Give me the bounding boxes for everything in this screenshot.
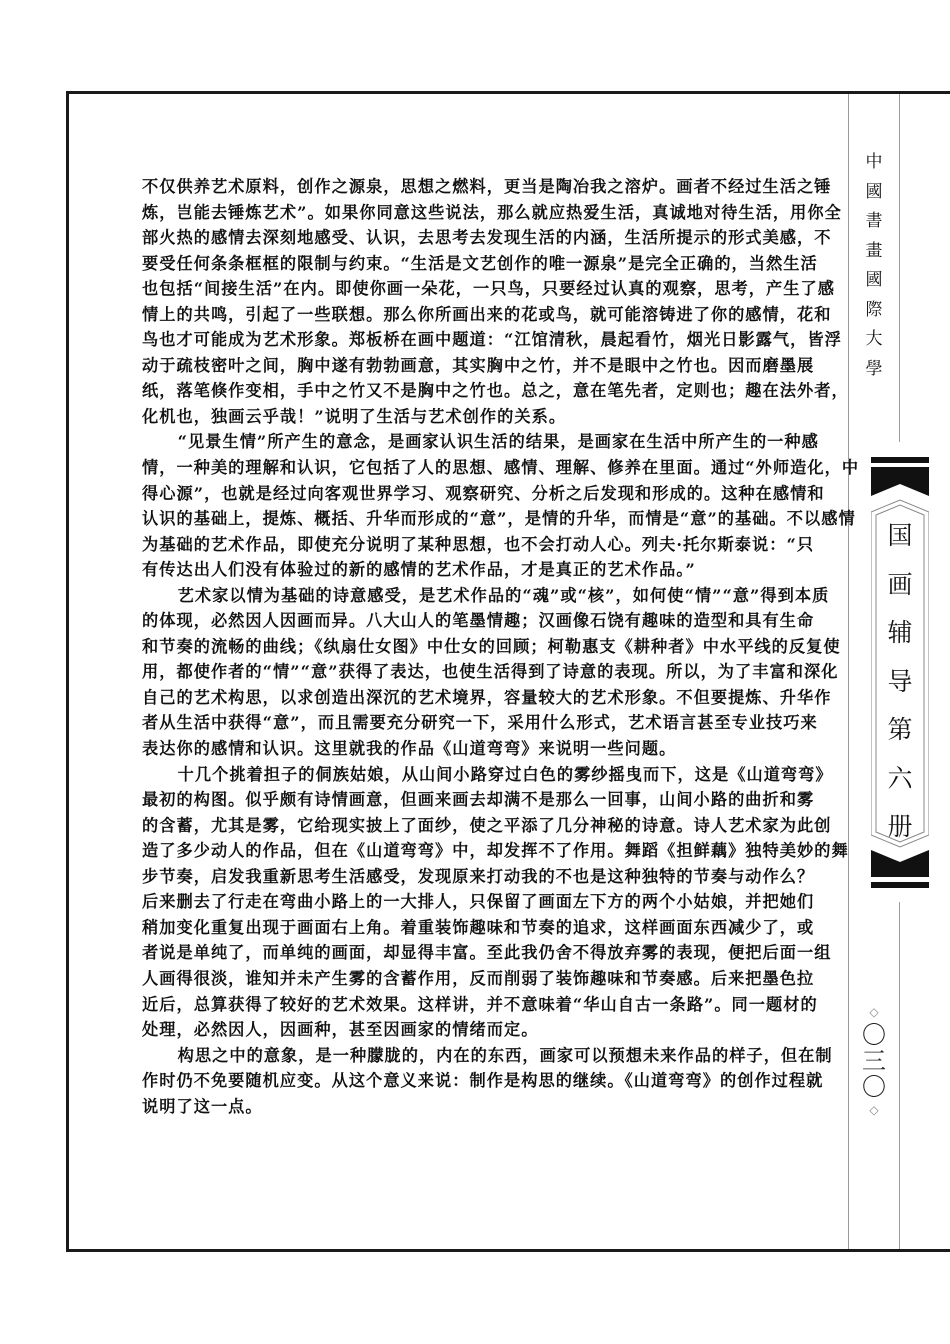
- paragraph-1: 不仅供养艺术原料，创作之源泉，思想之燃料，更当是陶冶我之溶炉。画者不经过生活之锤…: [142, 174, 782, 429]
- page-number: ◇ 〇 三 〇 ◇: [860, 1002, 888, 1120]
- text-line: 部火热的感情去深刻地感受、认识，去思考去发现生活的内涵，生活所提示的形式美感，不: [142, 225, 782, 251]
- text-line: 近后，总算获得了较好的艺术效果。这样讲，并不意味着“华山自古一条路”。同一题材的: [142, 992, 782, 1018]
- text-line: 人画得很淡，谁知并未产生雾的含蓄作用，反而削弱了装饰趣味和节奏感。后来把墨色拉: [142, 966, 782, 992]
- book-title-char: 导: [871, 658, 929, 707]
- text-line: 得心源”，也就是经过向客观世界学习、观察研究、分析之后发现和形成的。这种在感情和: [142, 481, 782, 507]
- article-body: 不仅供养艺术原料，创作之源泉，思想之燃料，更当是陶冶我之溶炉。画者不经过生活之锤…: [142, 174, 782, 1119]
- text-line: 处理，必然因人，因画种，甚至因画家的情绪而定。: [142, 1017, 782, 1043]
- page-frame-left-border: [66, 91, 69, 1252]
- text-line: 者说是单纯了，而单纯的画面，却显得丰富。至此我仍舍不得放弃雾的表现，便把后面一组: [142, 940, 782, 966]
- text-line: 稍加变化重复出现于画面右上角。着重装饰趣味和节奏的追求，这样画面东西减少了，或: [142, 915, 782, 941]
- diamond-ornament-icon: ◇: [860, 1002, 888, 1022]
- series-title-char: 國: [862, 178, 886, 208]
- book-title-char: 第: [871, 706, 929, 755]
- text-line: 构思之中的意象，是一种朦胧的，内在的东西，画家可以预想未来作品的样子，但在制: [142, 1043, 782, 1069]
- page-number-digit: 〇: [860, 1074, 888, 1100]
- sidebar-inner-line-bottom: [899, 902, 900, 1249]
- series-title-char: 畫: [862, 237, 886, 267]
- text-line: 自己的艺术构思，以求创造出深沉的艺术境界，容量较大的艺术形象。不但要提炼、升华作: [142, 685, 782, 711]
- paragraph-4: 十几个挑着担子的侗族姑娘，从山间小路穿过白色的雾纱摇曳而下，这是《山道弯弯》 最…: [142, 762, 782, 1043]
- text-line: 用，都使作者的“情”“意”获得了表达，也使生活得到了诗意的表现。所以，为了丰富和…: [142, 659, 782, 685]
- book-title-char: 六: [871, 755, 929, 804]
- text-line: 艺术家以情为基础的诗意感受，是艺术作品的“魂”或“核”，如何使“情”“意”得到本…: [142, 583, 782, 609]
- text-line: 要受任何条条框框的限制与约束。“生活是文艺创作的唯一源泉”是完全正确的，当然生活: [142, 251, 782, 277]
- text-line: 表达你的感情和认识。这里就我的作品《山道弯弯》来说明一些问题。: [142, 736, 782, 762]
- text-line: 作时仍不免要随机应变。从这个意义来说：制作是构思的继续。《山道弯弯》的创作过程就: [142, 1068, 782, 1094]
- series-title-vertical: 中 國 書 畫 國 際 大 學: [862, 148, 886, 384]
- paragraph-5: 构思之中的意象，是一种朦胧的，内在的东西，画家可以预想未来作品的样子，但在制 作…: [142, 1043, 782, 1120]
- page-frame-top-border: [66, 91, 950, 94]
- page-frame-bottom-border: [66, 1249, 950, 1252]
- text-line: “见景生情”所产生的意念，是画家认识生活的结果，是画家在生活中所产生的一种感: [142, 429, 782, 455]
- text-line: 化机也，独画云乎哉！”说明了生活与艺术创作的关系。: [142, 404, 782, 430]
- book-title-char: 国: [871, 512, 929, 561]
- text-line: 者从生活中获得“意”，而且需要充分研究一下，采用什么形式，艺术语言甚至专业技巧来: [142, 710, 782, 736]
- series-title-char: 書: [862, 207, 886, 237]
- text-line: 炼，岂能去锤炼艺术”。如果你同意这些说法，那么就应热爱生活，真诚地对待生活，用你…: [142, 200, 782, 226]
- sidebar-divider-line: [848, 94, 849, 1249]
- series-title-char: 際: [862, 296, 886, 326]
- text-line: 情上的共鸣，引起了一些联想。那么你所画出来的花或鸟，就可能溶铸进了你的感情，花和: [142, 302, 782, 328]
- diamond-ornament-icon: ◇: [860, 1100, 888, 1120]
- text-line: 和节奏的流畅的曲线；《纨扇仕女图》中仕女的回顾；柯勒惠支《耕种者》中水平线的反复…: [142, 634, 782, 660]
- series-title-char: 大: [862, 325, 886, 355]
- book-title-char: 画: [871, 561, 929, 610]
- page-number-digit: 〇: [860, 1022, 888, 1048]
- text-line: 也包括“间接生活”在内。即使你画一朵花，一只鸟，只要经过认真的观察，思考，产生了…: [142, 276, 782, 302]
- text-line: 步节奏，启发我重新思考生活感受，发现原来打动我的不也是这种独特的节奏与动作么？: [142, 864, 782, 890]
- text-line: 说明了这一点。: [142, 1094, 782, 1120]
- text-line: 认识的基础上，提炼、概括、升华而形成的“意”，是情的升华，而情是“意”的基础。不…: [142, 506, 782, 532]
- book-title-char: 册: [871, 803, 929, 852]
- series-title-char: 學: [862, 355, 886, 385]
- paragraph-3: 艺术家以情为基础的诗意感受，是艺术作品的“魂”或“核”，如何使“情”“意”得到本…: [142, 583, 782, 762]
- text-line: 的含蓄，尤其是雾，它给现实披上了面纱，使之平添了几分神秘的诗意。诗人艺术家为此创: [142, 813, 782, 839]
- text-line: 后来删去了行走在弯曲小路上的一大排人，只保留了画面左下方的两个小姑娘，并把她们: [142, 889, 782, 915]
- paragraph-2: “见景生情”所产生的意念，是画家认识生活的结果，是画家在生活中所产生的一种感 情…: [142, 429, 782, 582]
- text-line: 不仅供养艺术原料，创作之源泉，思想之燃料，更当是陶冶我之溶炉。画者不经过生活之锤: [142, 174, 782, 200]
- page-number-digit: 三: [860, 1048, 888, 1074]
- text-line: 有传达出人们没有体验过的新的感情的艺术作品，才是真正的艺术作品。”: [142, 557, 782, 583]
- text-line: 十几个挑着担子的侗族姑娘，从山间小路穿过白色的雾纱摇曳而下，这是《山道弯弯》: [142, 762, 782, 788]
- text-line: 情，一种美的理解和认识，它包括了人的思想、感情、理解、修养在里面。通过“外师造化…: [142, 455, 782, 481]
- text-line: 动于疏枝密叶之间，胸中遂有勃勃画意，其实胸中之竹，并不是眼中之竹也。因而磨墨展: [142, 353, 782, 379]
- series-title-char: 中: [862, 148, 886, 178]
- series-title-char: 國: [862, 266, 886, 296]
- text-line: 为基础的艺术作品，即使充分说明了某种思想，也不会打动人心。列夫·托尔斯泰说：“只: [142, 532, 782, 558]
- book-title-char: 辅: [871, 609, 929, 658]
- book-title-vertical: 国 画 辅 导 第 六 册: [871, 512, 929, 852]
- text-line: 鸟也才可能成为艺术形象。郑板桥在画中题道：“江馆清秋，晨起看竹，烟光日影露气，皆…: [142, 327, 782, 353]
- text-line: 最初的构图。似乎颇有诗情画意，但画来画去却满不是那么一回事，山间小路的曲折和雾: [142, 787, 782, 813]
- sidebar-inner-line-top: [899, 94, 900, 442]
- text-line: 的体现，必然因人因画而异。八大山人的笔墨情趣；汉画像石饶有趣味的造型和具有生命: [142, 608, 782, 634]
- text-line: 造了多少动人的作品，但在《山道弯弯》中，却发挥不了作用。舞蹈《担鲜藕》独特美妙的…: [142, 838, 782, 864]
- text-line: 纸，落笔倏作变相，手中之竹又不是胸中之竹也。总之，意在笔先者，定则也；趣在法外者…: [142, 378, 782, 404]
